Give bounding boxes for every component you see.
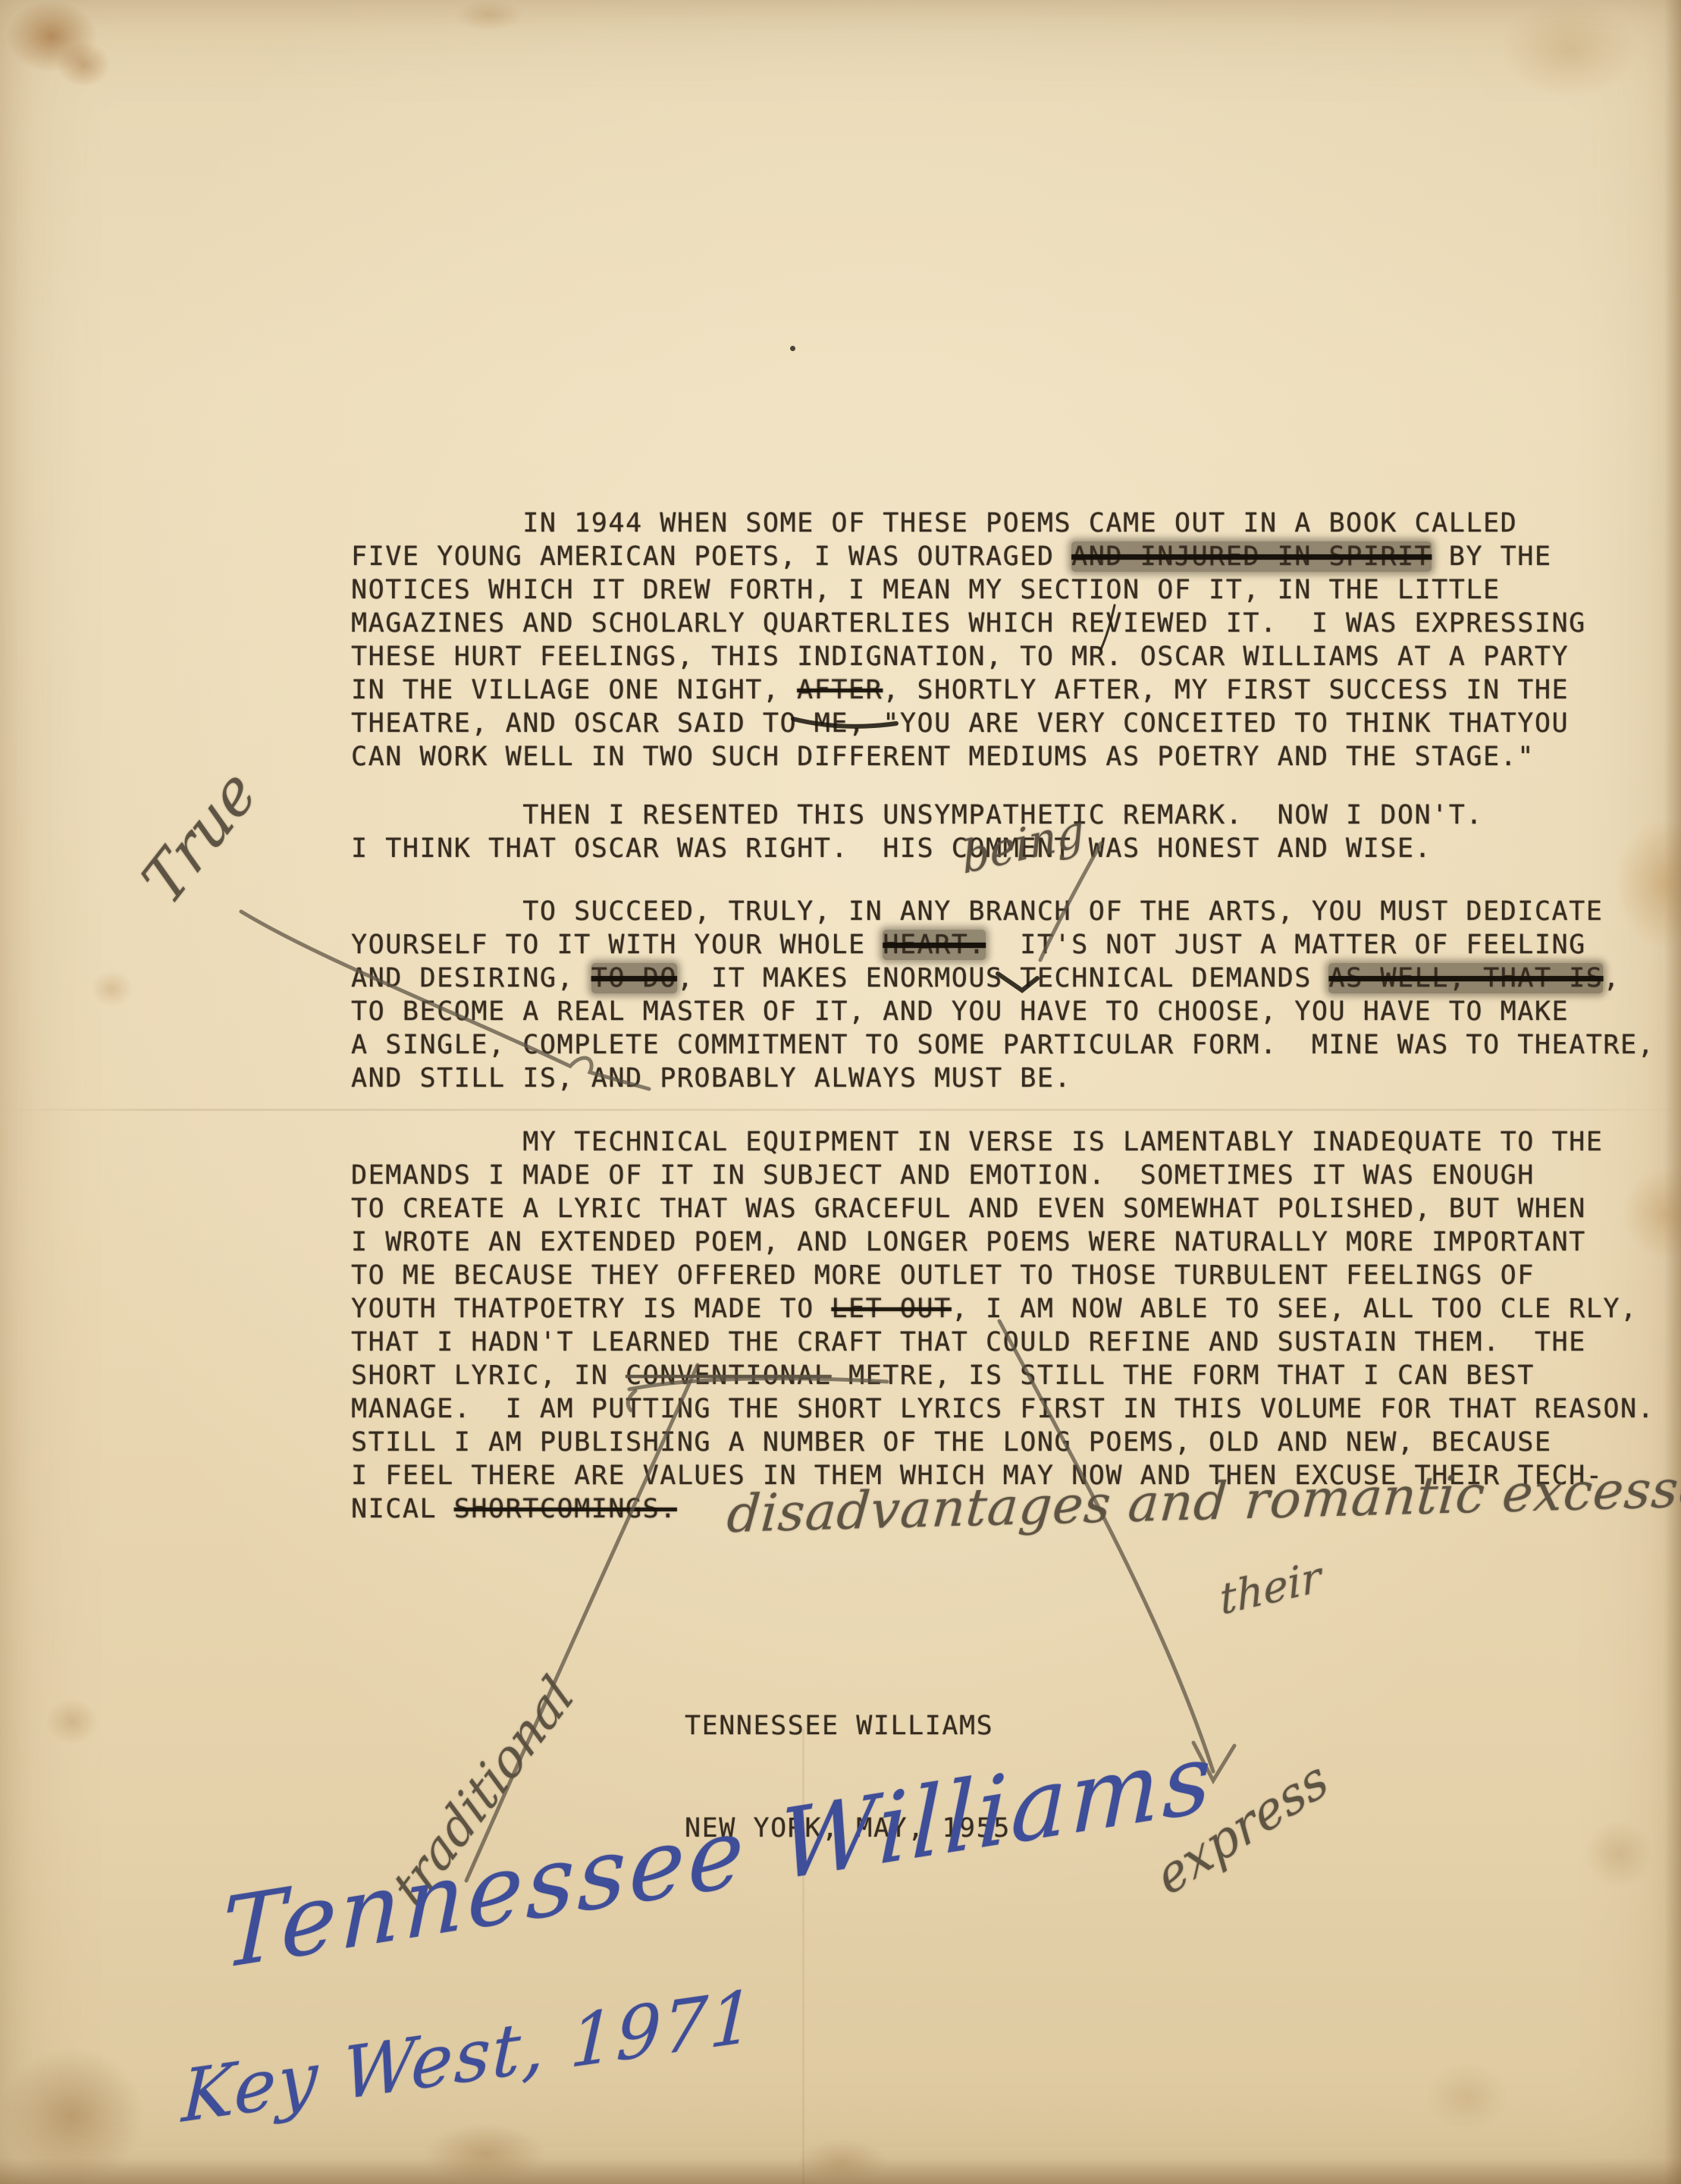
pencil-long-line-right: [999, 1321, 1213, 1771]
pencil-pointer-line: [241, 912, 649, 1089]
manuscript-page: IN 1944 WHEN SOME OF THESE POEMS CAME OU…: [0, 0, 1681, 2184]
ink-check-under-heart: [998, 974, 1037, 990]
ink-underline-after: [793, 719, 896, 726]
ink-blot-tail: [1101, 605, 1115, 649]
pencil-strike-conventional: [629, 1379, 887, 1389]
pencil-strike-tail: [628, 1391, 635, 1410]
